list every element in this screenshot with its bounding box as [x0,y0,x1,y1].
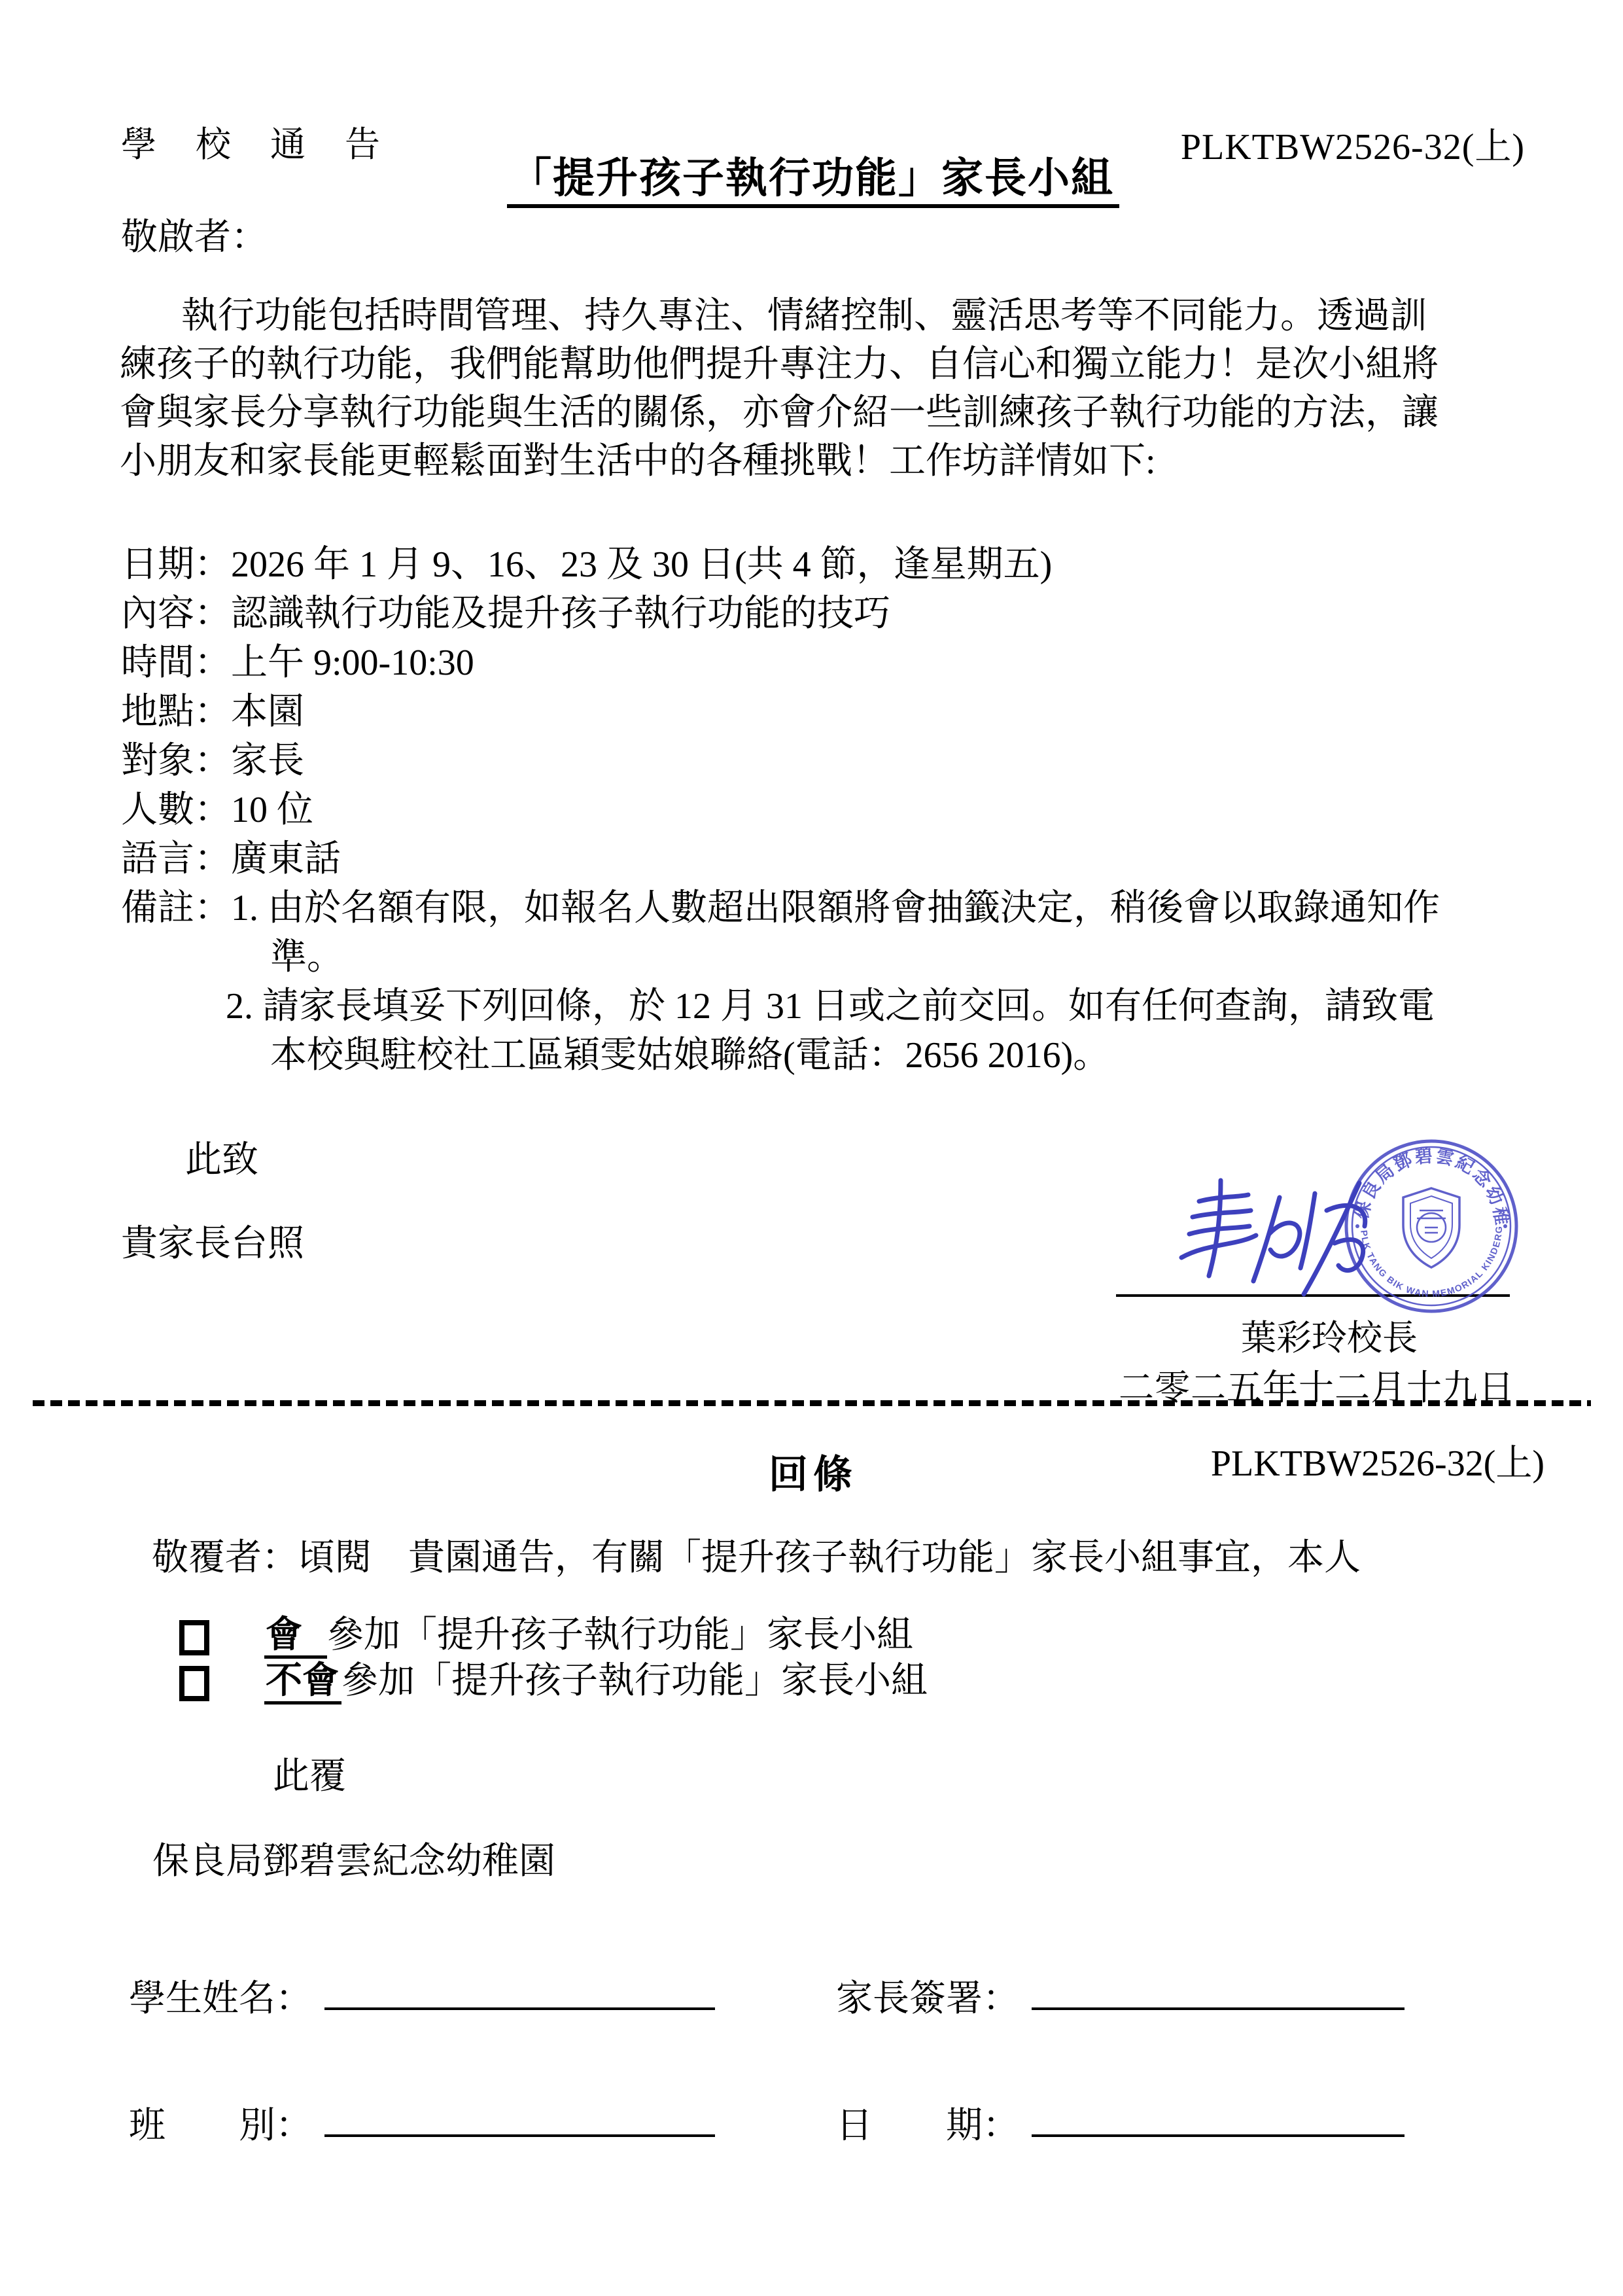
date-field[interactable] [1032,2134,1405,2137]
detail-row-time: 時間：上午 9:00-10:30 [121,639,1052,688]
class-label: 班 別： [129,2096,312,2149]
parent-signature-field[interactable] [1032,2007,1405,2010]
reply-salutation: 敬覆者：頃閱 貴園通告，有關「提升孩子執行功能」家長小組事宜，本人 [152,1534,1361,1582]
detail-value: 認識執行功能及提升孩子執行功能的技巧 [231,593,890,634]
remark-text: 1. 由於名額有限，如報名人數超出限額將會抽籤決定，稍後會以取錄通知作 [231,888,1440,928]
detail-value: 2026 年 1 月 9、16、23 及 30 日(共 4 節，逢星期五) [231,544,1052,585]
principal-name: 葉彩玲校長 [1241,1310,1418,1360]
detail-value: 上午 9:00-10:30 [231,643,474,683]
closing-recipient: 貴家長台照 [121,1220,304,1268]
paragraph-line: 執行功能包括時間管理、持久專注、情緒控制、靈活思考等不同能力。透過訓 [181,292,1439,340]
doc-ref-number: PLKTBW2526-32(上) [1181,118,1525,170]
paragraph-line: 小朋友和家長能更輕鬆面對生活中的各種挑戰！工作坊詳情如下: [120,437,1439,486]
school-notice-page: 學校通告 PLKTBW2526-32(上) 「提升孩子執行功能」家長小組 敬啟者… [0,0,1623,2296]
header-left-title: 學校通告 [121,116,419,167]
remark-line: 備註：1. 由於名額有限，如報名人數超出限額將會抽籤決定，稍後會以取錄通知作 [121,884,1440,933]
cut-line-divider [33,1400,1591,1406]
remarks-block: 備註：1. 由於名額有限，如報名人數超出限額將會抽籤決定，稍後會以取錄通知作 準… [121,884,1440,1080]
remarks-label: 備註： [121,884,231,932]
school-name: 保良局鄧碧雲紀念幼稚園 [152,1837,555,1886]
remark-line: 2. 請家長填妥下列回條，於 12 月 31 日或之前交回。如有任何查詢，請致電 [226,982,1440,1031]
reply-closing: 此覆 [273,1752,346,1801]
remark-line: 本校與駐校社工區穎雯姑娘聯絡(電話：2656 2016)。 [270,1031,1440,1080]
option-will-attend: 會參加「提升孩子執行功能」家長小組 [264,1611,913,1659]
detail-label: 語言： [121,835,231,883]
detail-label: 日期： [121,540,231,589]
detail-label: 地點： [121,688,231,736]
reply-slip-title: 回條 [769,1443,858,1500]
detail-row-date: 日期：2026 年 1 月 9、16、23 及 30 日(共 4 節，逢星期五) [121,540,1052,590]
salutation: 敬啟者： [121,213,268,262]
option-text: 參加「提升孩子執行功能」家長小組 [341,1661,928,1701]
detail-label: 時間： [121,639,231,687]
detail-label: 內容： [121,590,231,638]
date-label: 日 期： [836,2096,1019,2149]
option-will-not-attend: 不會參加「提升孩子執行功能」家長小組 [264,1657,928,1705]
detail-value: 家長 [231,741,304,781]
detail-row-venue: 地點：本園 [121,688,1052,737]
detail-value: 10 位 [231,790,313,830]
detail-row-content: 內容：認識執行功能及提升孩子執行功能的技巧 [121,590,1052,639]
detail-value: 本園 [231,692,304,732]
detail-label: 人數： [121,786,231,834]
option-text: 參加「提升孩子執行功能」家長小組 [327,1615,913,1655]
closing-this-to: 此致 [185,1136,258,1184]
student-name-label: 學生姓名： [129,1969,312,2022]
parent-signature-label: 家長簽署： [836,1969,1019,2022]
detail-label: 對象： [121,737,231,785]
paragraph-line: 練孩子的執行功能，我們能幫助他們提升專注力、自信心和獨立能力！是次小組將 [120,340,1439,389]
principal-signature-ink [1163,1170,1399,1311]
detail-row-language: 語言：廣東話 [121,835,1052,884]
remark-line: 準。 [270,933,1440,982]
detail-row-quota: 人數：10 位 [121,786,1052,835]
detail-row-target: 對象：家長 [121,737,1052,786]
student-name-field[interactable] [324,2007,715,2010]
details-list: 日期：2026 年 1 月 9、16、23 及 30 日(共 4 節，逢星期五)… [121,540,1052,884]
paragraph-line: 會與家長分享執行功能與生活的關係，亦會介紹一些訓練孩子執行功能的方法，讓 [120,389,1439,437]
checkbox-will-attend[interactable] [179,1620,209,1655]
detail-value: 廣東話 [231,839,341,879]
option-keyword: 會 [264,1615,327,1659]
body-paragraph: 執行功能包括時間管理、持久專注、情緒控制、靈活思考等不同能力。透過訓 練孩子的執… [120,292,1439,486]
reply-ref-number: PLKTBW2526-32(上) [1211,1434,1544,1487]
option-keyword: 不會 [264,1661,341,1704]
class-field[interactable] [324,2134,715,2137]
notice-title: 「提升孩子執行功能」家長小組 [507,156,1119,208]
checkbox-will-not-attend[interactable] [179,1666,209,1701]
